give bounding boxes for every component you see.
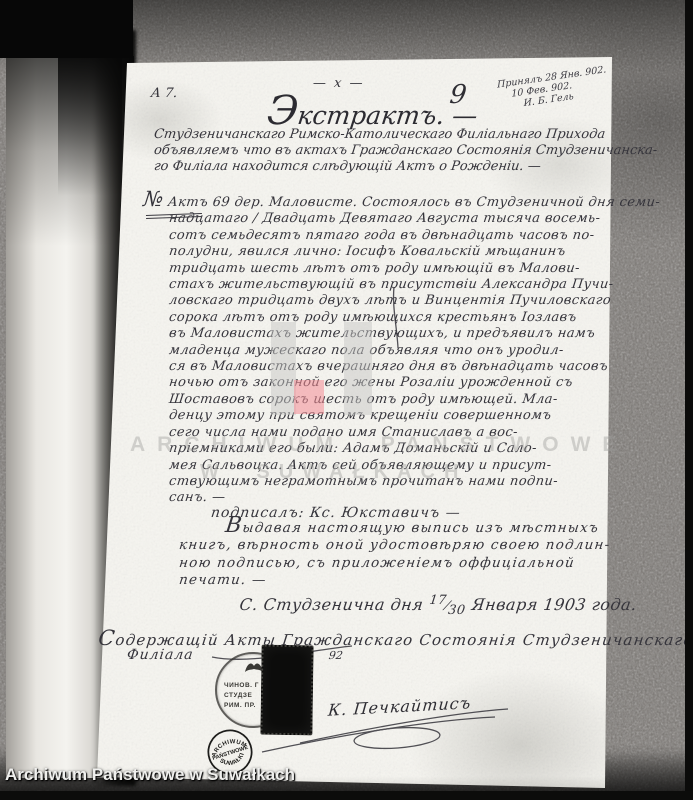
official-stamp-line: РИМ. ПР. xyxy=(224,702,256,709)
date-line: С. Студзенична дня 17⁄30 Января 1903 год… xyxy=(238,593,638,618)
intro-line: Студзеничанскаго Римско-Католическаго Фи… xyxy=(153,127,610,143)
official-stamp-line: ЧИНОВ. Г xyxy=(224,682,259,689)
intro-line: объявляемъ что въ актахъ Гражданскаго Со… xyxy=(153,143,610,159)
margin-reference: А 7. xyxy=(150,86,178,101)
act-line: ночью отъ законной его жены Розаліи урож… xyxy=(168,375,610,391)
certification-line: Выдавая настоящую выпись изъ мѣстныхъ xyxy=(224,517,610,537)
scan-right-border xyxy=(685,0,693,800)
act-line: стахъ жительствующій въ присутствіи Алек… xyxy=(168,277,610,293)
act-line: въ Маловистахъ жительствующихъ, и предъя… xyxy=(168,326,610,342)
official-stamp-line: СТУДЗЕ xyxy=(224,692,252,699)
act-line: сотъ семьдесятъ пятаго года въ двѣнадцат… xyxy=(168,228,610,244)
blacked-out-revenue-stamp xyxy=(260,645,313,736)
act-line: Шоставовъ сорокъ шесть отъ роду имѣющей.… xyxy=(168,392,610,408)
scan-bottom-border xyxy=(0,791,693,800)
act-paragraph: № Актъ 69 дер. Маловисте. Состоялось въ … xyxy=(168,191,608,507)
document-scan: А 7. — x — 9 Принялъ 28 Янв. 902. 10 Фев… xyxy=(0,0,693,800)
certification-line: ною подписью, съ приложеніемъ оффиціальн… xyxy=(178,555,610,572)
watermark-row-w-suwalkach: W SUWAŁKACH xyxy=(200,461,467,484)
date-fraction: 17⁄30 xyxy=(427,593,467,618)
watermark-row-archiwum-panstwowe: ARCHIWUM PAŃSTWOWE xyxy=(130,433,628,457)
date-suffix: Января 1903 года. xyxy=(471,595,638,614)
archive-caption: Archiwum Państwowe w Suwałkach xyxy=(5,765,295,785)
act-line: денцу этому при святомъ крещеніи соверше… xyxy=(168,408,610,424)
act-line: полудни, явился лично: Іосифъ Ковальскій… xyxy=(168,244,610,260)
gutter-black-corner xyxy=(0,0,133,58)
act-line: ловскаго тридцать двухъ лѣтъ и Винцентія… xyxy=(168,293,610,309)
closing-line-filial: Филіала xyxy=(126,647,195,663)
stamp-margin-note: 92 xyxy=(328,649,344,662)
act-line: тридцать шесть лѣтъ отъ роду имѣющій въ … xyxy=(168,261,610,277)
act-line: младенца мужескаго пола объявляя что онъ… xyxy=(168,343,610,359)
watermark-letter-bar xyxy=(271,322,296,415)
intro-line: го Филіала находится слѣдующій Актъ о Ро… xyxy=(153,159,610,175)
certification-line: книгъ, вѣрность оной удостовѣряю своею п… xyxy=(178,537,610,554)
date-place: С. Студзенична дня xyxy=(239,595,425,614)
intro-paragraph: Студзеничанскаго Римско-Католическаго Фи… xyxy=(153,127,608,174)
act-line: надцатаго / Двадцать Девятаго Августа ты… xyxy=(168,211,610,227)
certification-line: печати. — xyxy=(178,572,610,589)
act-line: ся въ Маловистахъ вчерашняго дня въ двѣн… xyxy=(168,359,610,375)
watermark-letter-bar xyxy=(344,322,372,415)
certification-paragraph: Выдавая настоящую выпись изъ мѣстныхъкни… xyxy=(178,517,608,589)
act-line: № Актъ 69 дер. Маловисте. Состоялось въ … xyxy=(142,191,611,211)
act-line: сорока лѣтъ отъ роду имѣющихся крестьянъ… xyxy=(168,310,610,326)
watermark-letter-highlight-pink xyxy=(294,380,324,414)
